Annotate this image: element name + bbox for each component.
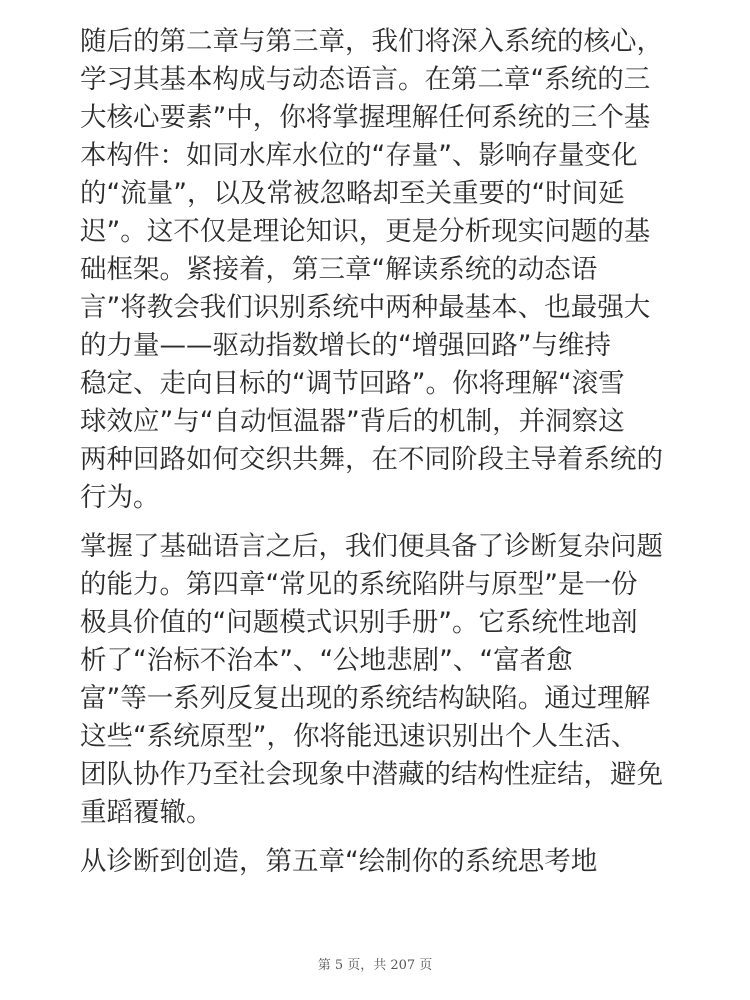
text-line: 大核心要素”中，你将掌握理解任何系统的三个基 [80, 99, 700, 137]
paragraph-chapter-5: 从诊断到创造，第五章“绘制你的系统思考地 [80, 843, 700, 881]
text-line: 两种回路如何交织共舞，在不同阶段主导着系统的 [80, 441, 700, 479]
text-line: 随后的第二章与第三章，我们将深入系统的核心， [80, 23, 700, 61]
page-number-footer: 第 5 页，共 207 页 [0, 954, 750, 973]
text-line: 的能力。第四章“常见的系统陷阱与原型”是一份 [80, 566, 700, 604]
text-line: 这些“系统原型”，你将能迅速识别出个人生活、 [80, 718, 700, 756]
text-line: 迟”。这不仅是理论知识，更是分析现实问题的基 [80, 213, 700, 251]
document-page: 随后的第二章与第三章，我们将深入系统的核心， 学习其基本构成与动态语言。在第二章… [80, 23, 700, 892]
paragraph-chapters-2-3: 随后的第二章与第三章，我们将深入系统的核心， 学习其基本构成与动态语言。在第二章… [80, 23, 700, 517]
text-line: 本构件：如同水库水位的“存量”、影响存量变化 [80, 137, 700, 175]
text-line: 团队协作乃至社会现象中潜藏的结构性症结，避免 [80, 756, 700, 794]
text-line: 言”将教会我们识别系统中两种最基本、也最强大 [80, 289, 700, 327]
text-line: 行为。 [80, 479, 700, 517]
text-line: 的“流量”，以及常被忽略却至关重要的“时间延 [80, 175, 700, 213]
text-line: 富”等一系列反复出现的系统结构缺陷。通过理解 [80, 680, 700, 718]
text-line: 稳定、走向目标的“调节回路”。你将理解“滚雪 [80, 365, 700, 403]
text-line: 重蹈覆辙。 [80, 794, 700, 832]
text-line: 学习其基本构成与动态语言。在第二章“系统的三 [80, 61, 700, 99]
text-line: 的力量——驱动指数增长的“增强回路”与维持 [80, 327, 700, 365]
text-line: 掌握了基础语言之后，我们便具备了诊断复杂问题 [80, 528, 700, 566]
text-line: 析了“治标不治本”、“公地悲剧”、“富者愈 [80, 642, 700, 680]
text-line: 极具价值的“问题模式识别手册”。它系统性地剖 [80, 604, 700, 642]
text-line: 球效应”与“自动恒温器”背后的机制，并洞察这 [80, 403, 700, 441]
paragraph-chapter-4: 掌握了基础语言之后，我们便具备了诊断复杂问题 的能力。第四章“常见的系统陷阱与原… [80, 528, 700, 832]
text-line: 础框架。紧接着，第三章“解读系统的动态语 [80, 251, 700, 289]
text-line: 从诊断到创造，第五章“绘制你的系统思考地 [80, 843, 700, 881]
